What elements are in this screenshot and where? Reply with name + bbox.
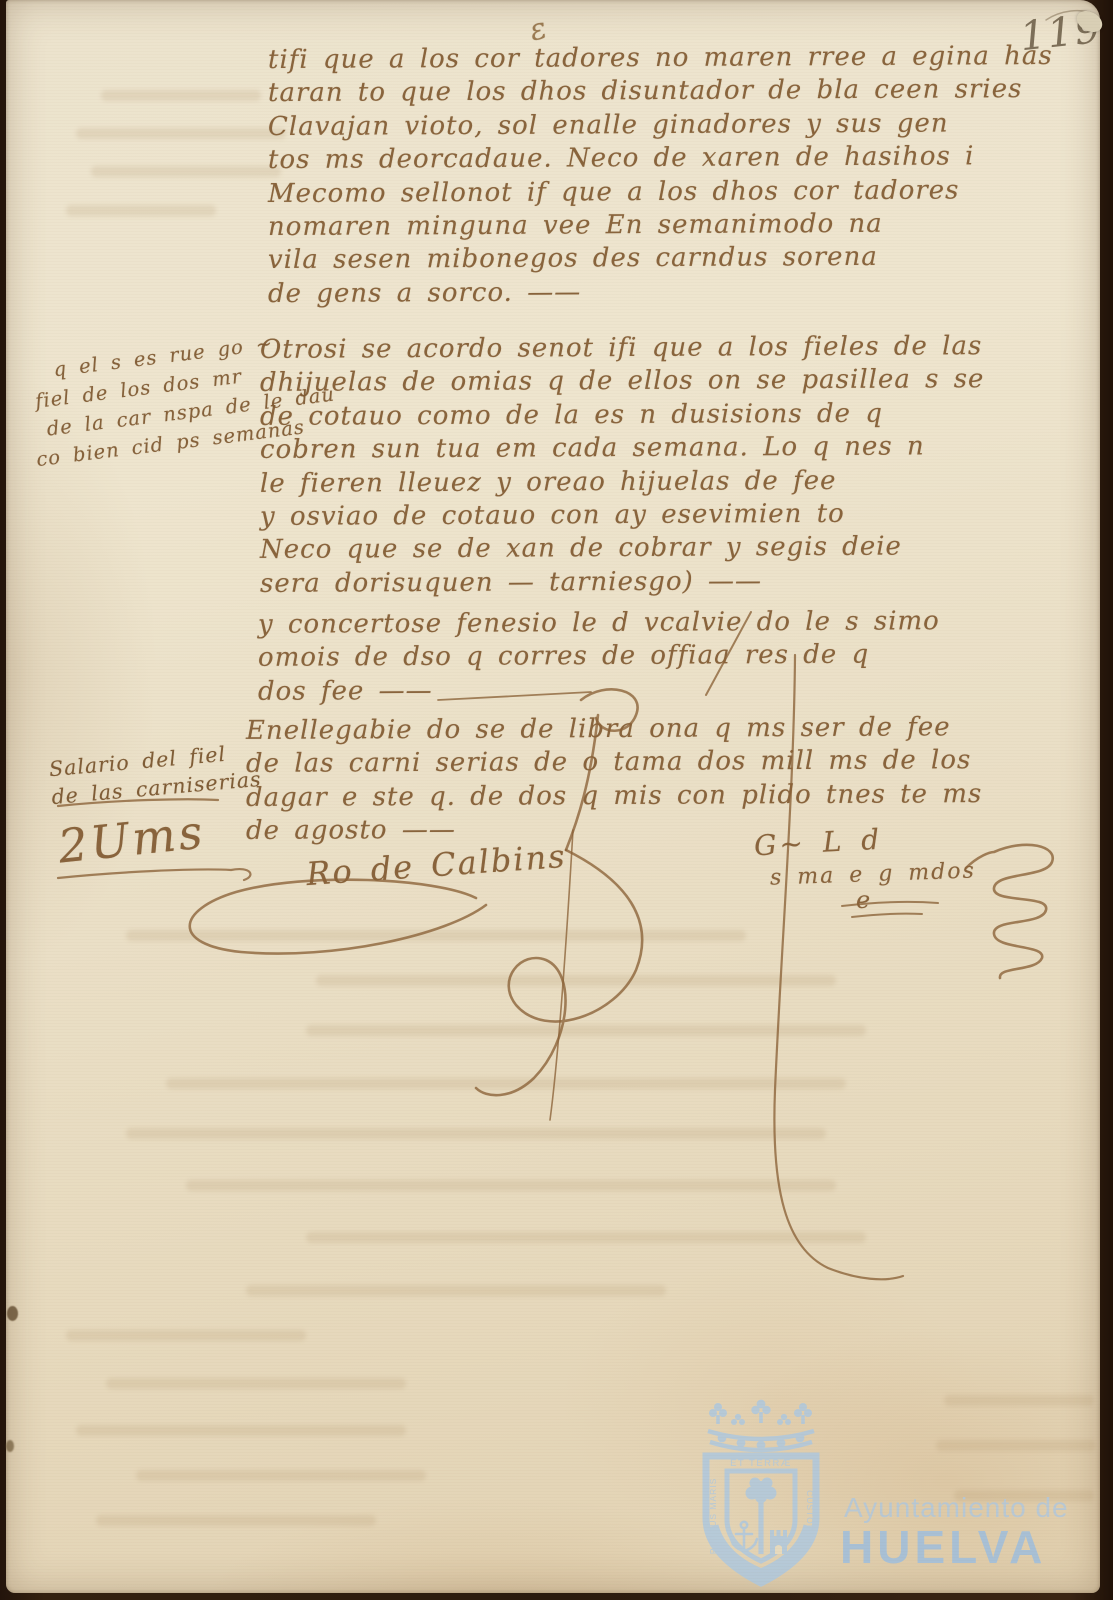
edge-speck (6, 1440, 14, 1452)
signature-descender-flourish (581, 689, 638, 730)
ink-flourish-layer (6, 0, 1113, 1600)
margin-underline (58, 799, 218, 806)
long-right-flourish (774, 655, 903, 1279)
rubric-coil (966, 845, 1053, 978)
manuscript-page: ET TERRÆ PORTUS MARIS CUSTODIA Ayuntamie… (6, 0, 1100, 1593)
archival-scan: { "document": { "page_number": "119", "t… (0, 0, 1113, 1600)
edge-speck (7, 1306, 18, 1321)
signature-ellipse-flourish (190, 880, 486, 954)
